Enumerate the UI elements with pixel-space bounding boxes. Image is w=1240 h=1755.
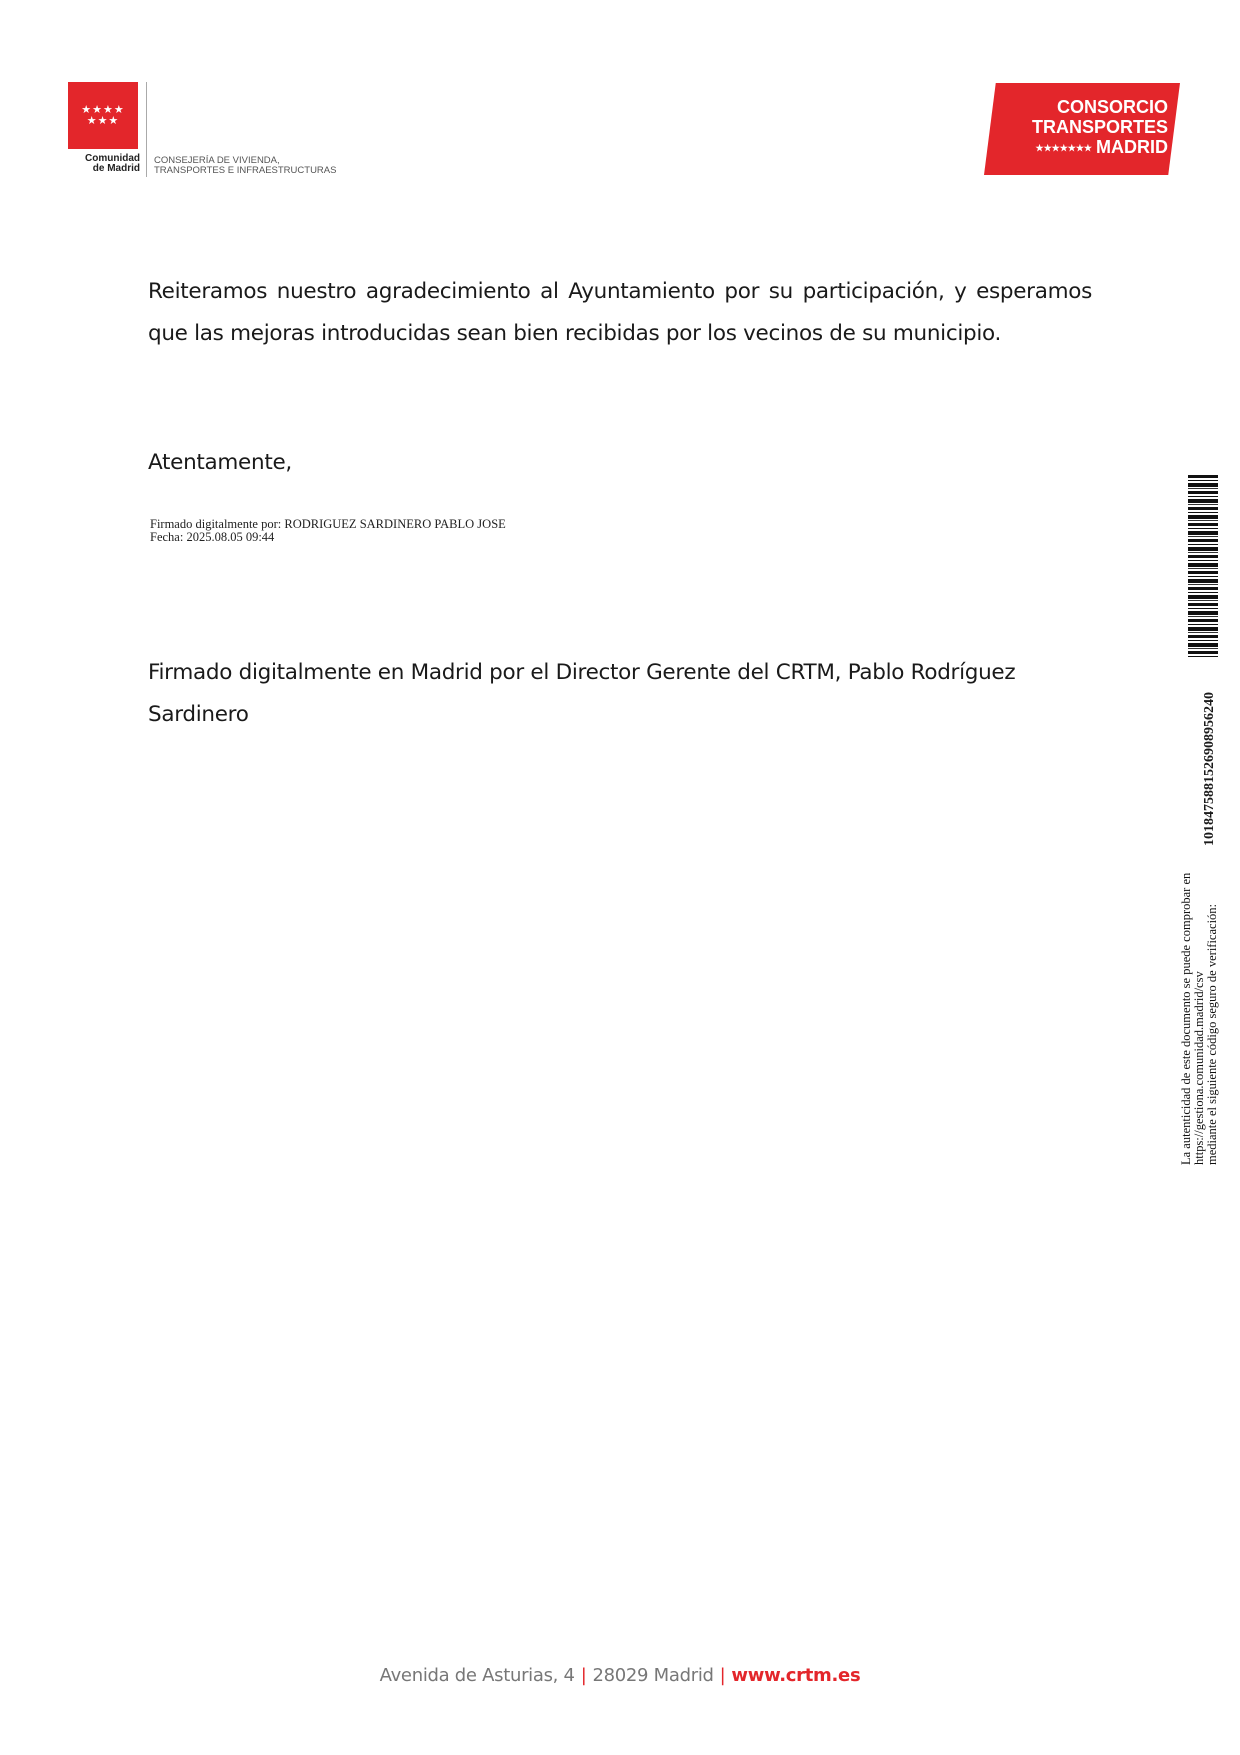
- stars-icon: ★★★★ ★★★: [72, 104, 134, 126]
- footer: Avenida de Asturias, 4|28029 Madrid|www.…: [0, 1665, 1240, 1686]
- madrid-flag-square: ★★★★ ★★★: [68, 82, 138, 149]
- footer-separator: |: [581, 1665, 587, 1686]
- signature-statement: Firmado digitalmente en Madrid por el Di…: [148, 652, 1092, 736]
- stars-icon: ★★★★★★★: [1036, 143, 1092, 153]
- footer-website-link[interactable]: www.crtm.es: [731, 1665, 860, 1686]
- closing-salutation: Atentamente,: [148, 442, 1092, 484]
- barcode-icon: [1188, 475, 1218, 658]
- comunidad-name: Comunidad de Madrid: [68, 154, 140, 174]
- digital-signature-stamp: Firmado digitalmente por: RODRIGUEZ SARD…: [150, 518, 506, 544]
- verification-legend: La autenticidad de este documento se pue…: [1180, 873, 1219, 1165]
- department-name: CONSEJERÍA DE VIVIENDA, TRANSPORTES E IN…: [154, 156, 394, 176]
- footer-address: Avenida de Asturias, 4: [380, 1665, 575, 1686]
- crtm-logo-text: CONSORCIO TRANSPORTES ★★★★★★★MADRID: [1014, 97, 1168, 158]
- crtm-logo: CONSORCIO TRANSPORTES ★★★★★★★MADRID: [984, 83, 1180, 175]
- signature-date: Fecha: 2025.08.05 09:44: [150, 531, 506, 544]
- logo-divider: [146, 82, 147, 177]
- footer-separator: |: [720, 1665, 726, 1686]
- closing-paragraph: Reiteramos nuestro agradecimiento al Ayu…: [148, 271, 1092, 355]
- verification-code: 1018475881526908956240: [1202, 692, 1218, 846]
- footer-city: 28029 Madrid: [592, 1665, 713, 1686]
